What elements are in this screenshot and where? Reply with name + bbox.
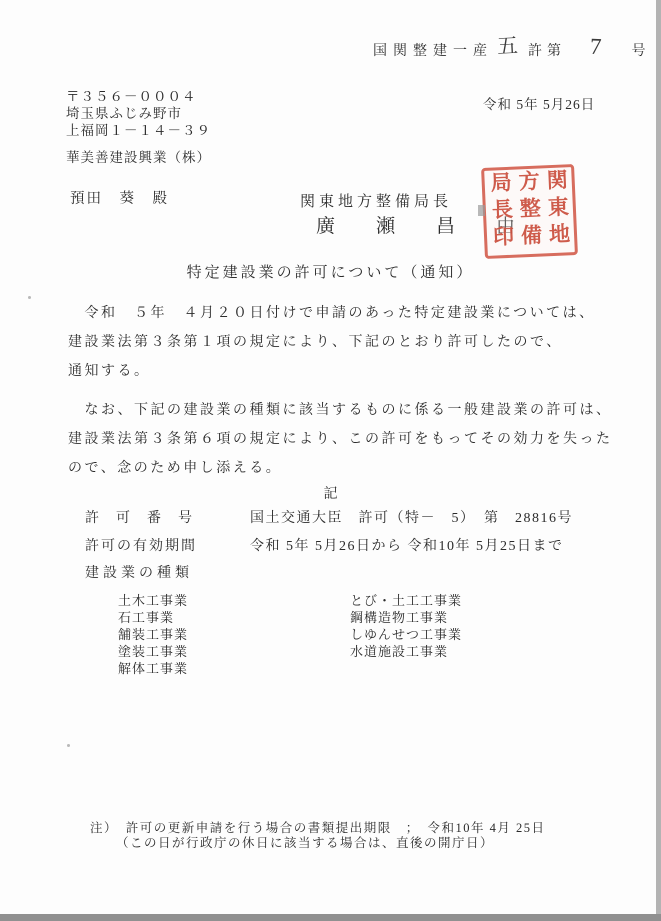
addressee-name: 預田 葵 殿 (70, 187, 169, 208)
license-types-right-column: とび・土工工事業 鋼構造物工事業 しゆんせつ工事業 水道施設工事業 (350, 592, 462, 660)
body-paragraph-1: 令和 ５年 ４月２０日付けで申請のあった特定建設業については、 建設業法第３条第… (68, 299, 620, 386)
document-number-line: 国関整建一産 五 許第 7 号 (373, 30, 646, 60)
ki-section-marker: 記 (0, 483, 661, 503)
detail-label-permit-number: 許可番号 (85, 507, 209, 527)
detail-value-permit-number: 国土交通大臣 許可（特－ 5） 第 28816号 (250, 507, 573, 527)
license-type-item: しゆんせつ工事業 (350, 626, 462, 643)
scan-speck-artifact (28, 296, 31, 299)
issuer-title: 関東地方整備局長 (300, 190, 452, 211)
document-title: 特定建設業の許可について（通知） (0, 261, 661, 282)
permit-notice-document: 国関整建一産 五 許第 7 号 令和 5年 5月26日 〒３５６－０００４ 埼玉… (0, 0, 661, 921)
recipient-company-name: 華美善建設興業（株） (66, 146, 211, 166)
handwritten-number-seven: 7 (590, 34, 602, 60)
license-types-left-column: 土木工事業 石工事業 舗装工事業 塗装工事業 解体工事業 (118, 592, 188, 677)
license-type-item: 塗装工事業 (118, 643, 188, 660)
detail-label-license-types: 建設業の種類 (85, 562, 193, 582)
footer-note-line2: （この日が行政庁の休日に該当する場合は、直後の開庁日） (116, 833, 494, 851)
license-type-item: 石工事業 (118, 609, 188, 626)
license-type-item: 解体工事業 (118, 660, 188, 677)
recipient-address-block: 〒３５６－０００４ 埼玉県ふじみ野市 上福岡１－１４－３９ (66, 88, 211, 139)
doc-number-prefix: 国関整建一産 (373, 40, 493, 60)
issue-date: 令和 5年 5月26日 (483, 93, 595, 113)
detail-label-validity-period: 許可の有効期間 (85, 535, 197, 555)
body-paragraph-2: なお、下記の建設業の種類に該当するものに係る一般建設業の許可は、 建設業法第３条… (68, 396, 620, 483)
scan-edge-right (656, 0, 661, 921)
license-type-item: とび・土工工事業 (350, 592, 462, 609)
seal-text: 関東地方整備局長印 (486, 168, 574, 256)
license-type-item: 舗装工事業 (118, 626, 188, 643)
scan-smudge-artifact (478, 205, 485, 216)
scan-edge-bottom (0, 914, 661, 921)
detail-value-validity-period: 令和 5年 5月26日から 令和10年 5月25日まで (250, 535, 564, 555)
scan-speck-artifact (67, 744, 70, 747)
official-red-seal: 関東地方整備局長印 (481, 164, 578, 259)
doc-number-mid: 許第 (528, 40, 566, 60)
license-type-item: 土木工事業 (118, 592, 188, 609)
license-type-item: 水道施設工事業 (350, 643, 462, 660)
license-type-item: 鋼構造物工事業 (350, 609, 462, 626)
doc-number-suffix: 号 (632, 40, 646, 60)
handwritten-kanji-five: 五 (496, 29, 519, 60)
